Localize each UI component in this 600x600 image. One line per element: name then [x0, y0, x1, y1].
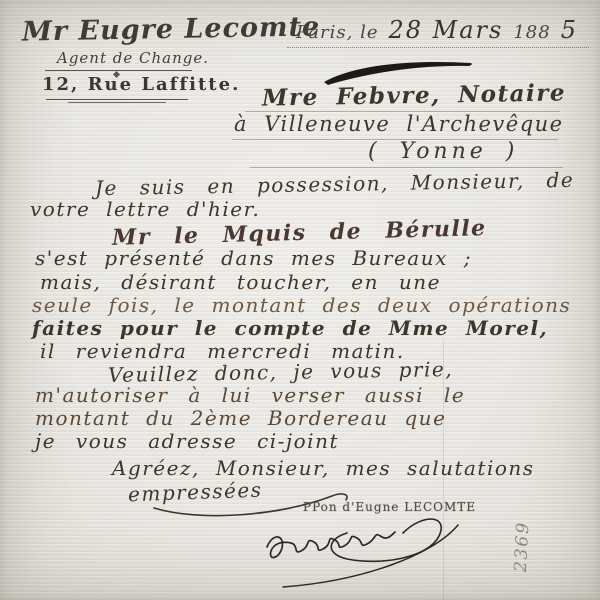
dateline-year-digit: 5: [561, 16, 578, 44]
body-line: Je suis en possession, Monsieur, de: [95, 168, 575, 200]
dateline-rule: [287, 47, 589, 48]
body-line: votre lettre d'hier.: [30, 197, 260, 221]
dateline-day-month: 28 Mars: [389, 16, 504, 44]
body-line: faites pour le compte de Mme Morel,: [32, 316, 548, 340]
closing-line: Agréez, Monsieur, mes salutations: [112, 456, 535, 480]
archive-number: 2369: [511, 520, 534, 572]
addressee-department: ( Yonne ): [368, 139, 518, 164]
addressee-name: Mre Febvre, Notaire: [262, 79, 566, 111]
body-line: mais, désirant toucher, en une: [40, 270, 441, 294]
addressee-town: à Villeneuve l'Archevêque: [234, 112, 564, 136]
body-line: montant du 2ème Bordereau que: [35, 406, 446, 430]
dateline-printed-place: Paris, le: [296, 22, 379, 43]
dateline-year-prefix: 188: [513, 22, 550, 43]
paper-crease: [443, 340, 444, 600]
dateline: Paris, le 28 Mars 188 5: [296, 16, 578, 44]
body-line: s'est présenté dans mes Bureaux ;: [35, 246, 472, 270]
letterhead-address: 12, Rue Laffitte.: [42, 74, 240, 95]
body-line: je vous adresse ci-joint: [35, 429, 339, 453]
body-line: seule fois, le montant des deux opératio…: [32, 293, 571, 317]
letterhead-role: Agent de Change.: [57, 49, 209, 67]
letterhead-underline: [46, 99, 188, 100]
signature-flourish: [253, 503, 538, 591]
letterhead-divider: [45, 70, 192, 71]
body-line: m'autoriser à lui verser aussi le: [35, 383, 465, 407]
letter-page: Mr Eugre Lecomte Agent de Change. 12, Ru…: [0, 0, 600, 600]
letterhead-name: Mr Eugre Lecomte: [22, 11, 321, 47]
letterhead-underline-short: [68, 102, 166, 103]
